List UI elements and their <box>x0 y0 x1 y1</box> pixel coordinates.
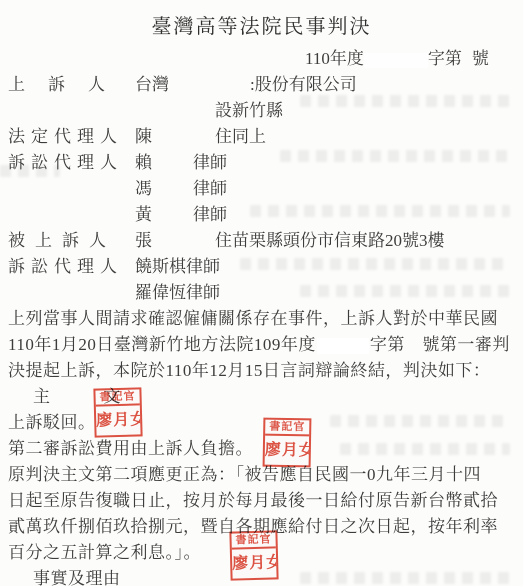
clerk-stamp-name: 廖月女 <box>96 405 141 435</box>
party-detail: 律師 <box>193 176 227 202</box>
party-name <box>135 98 215 124</box>
intro-line-2-post: 字第 號第一審判 <box>370 335 510 354</box>
party-detail: :股份有限公司 <box>250 72 357 98</box>
clerk-stamp-role: 書記官 <box>265 420 309 437</box>
case-year: 110年度 <box>305 49 364 68</box>
main-text-line-4: 日起至原告復職日止，按月於每月最後一日給付原告新台幣貳拾 <box>8 488 515 514</box>
party-row-counsel: 訴訟代理人 饒斯棋律師 <box>8 254 515 280</box>
party-row-counsel: 羅偉恆律師 <box>8 280 515 306</box>
party-detail: 住同上 <box>215 124 266 150</box>
party-detail: 律師 <box>193 150 227 176</box>
document-body: 臺灣高等法院民事判決 110年度字第號 上訴人 台灣 :股份有限公司 設新竹縣 … <box>0 0 523 586</box>
party-row-appellant: 上訴人 台灣 :股份有限公司 <box>8 72 515 98</box>
main-text-line-1: 上訴駁回。 <box>8 410 515 436</box>
case-number-redaction <box>364 53 428 68</box>
party-name: 羅偉恆律師 <box>135 280 220 306</box>
party-row-counsel: 黃 律師 <box>8 202 515 228</box>
party-row-appellee: 被上訴人 張 住苗栗縣頭份市信東路20號3樓 <box>8 228 515 254</box>
party-label: 法定代理人 <box>8 124 135 150</box>
intro-line-1: 上列當事人間請求確認僱傭關係存在事件，上訴人對於中華民國 <box>8 306 515 332</box>
party-name: 黃 <box>135 202 193 228</box>
case-number-suffix: 號 <box>472 49 489 68</box>
party-label <box>8 176 135 202</box>
main-text-heading: 主文 <box>8 384 515 410</box>
party-name: 陳 <box>135 124 215 150</box>
party-name: 張 <box>135 228 215 254</box>
heading-char-zhu: 主 <box>33 387 51 406</box>
main-text-line-3: 原判決主文第二項應更正為：「被告應自民國一0九年三月十四 <box>8 462 515 488</box>
clerk-stamp: 書記官 廖月女 <box>263 418 312 468</box>
party-detail: 律師 <box>193 202 227 228</box>
party-row-legal-rep: 法定代理人 陳 住同上 <box>8 124 515 150</box>
party-label: 被上訴人 <box>8 228 135 254</box>
party-label: 訴訟代理人 <box>8 254 135 280</box>
clerk-stamp-role: 書記官 <box>95 389 139 406</box>
case-word: 字第 <box>428 49 462 68</box>
document-title: 臺灣高等法院民事判決 <box>8 12 515 48</box>
party-label <box>8 98 135 124</box>
party-detail: 設新竹縣 <box>215 98 283 124</box>
judgment-document-page: 臺灣高等法院民事判決 110年度字第號 上訴人 台灣 :股份有限公司 設新竹縣 … <box>0 0 523 586</box>
case-number-line: 110年度字第號 <box>8 48 515 72</box>
party-label: 上訴人 <box>8 72 135 98</box>
party-detail: 住苗栗縣頭份市信東路20號3樓 <box>215 228 445 254</box>
party-row-address: 設新竹縣 <box>8 98 515 124</box>
party-name: 賴 <box>135 150 193 176</box>
party-label: 訴訟代理人 <box>8 150 135 176</box>
main-text-line-2: 第二審訴訟費用由上訴人負擔。 <box>8 436 515 462</box>
clerk-stamp: 書記官 廖月女 <box>229 530 278 580</box>
clerk-stamp: 書記官 廖月女 <box>93 387 142 437</box>
party-label <box>8 280 135 306</box>
intro-line-2: 110年1月20日臺灣新竹地方法院109年度字第 號第一審判 <box>8 332 515 358</box>
party-label <box>8 202 135 228</box>
party-row-counsel: 訴訟代理人 賴 律師 <box>8 150 515 176</box>
party-name: 馮 <box>135 176 193 202</box>
intro-line-3: 決提起上訴，本院於110年12月15日言詞辯論終結，判決如下： <box>8 358 515 384</box>
intro-line-2-pre: 110年1月20日臺灣新竹地方法院109年度 <box>8 335 316 354</box>
clerk-stamp-name: 廖月女 <box>265 436 309 466</box>
party-name: 饒斯棋律師 <box>135 254 220 280</box>
intro-redaction <box>317 338 369 354</box>
clerk-stamp-name: 廖月女 <box>232 548 277 578</box>
party-name: 台灣 <box>135 72 250 98</box>
party-row-counsel: 馮 律師 <box>8 176 515 202</box>
clerk-stamp-role: 書記官 <box>231 532 275 549</box>
